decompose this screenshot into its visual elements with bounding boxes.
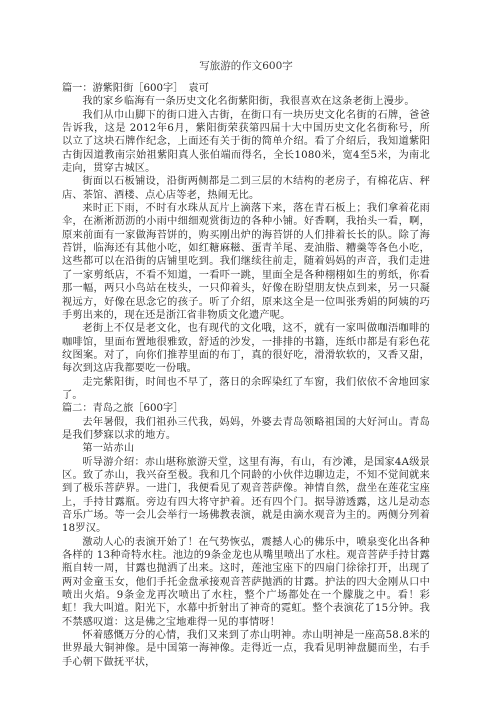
paragraph: 怀着感慨万分的心情，我们又来到了赤山明神。赤山明神是一座高58.8米的世界最大铜… <box>62 629 430 669</box>
paragraph: 来时正下雨，不时有水珠从瓦片上滴落下来，落在青石板上；我们拿着花雨伞，在淅淅沥沥… <box>62 202 430 322</box>
paragraph: 激动人心的表演开始了！在气势恢弘，震撼人心的佛乐中，喷泉变化出各种各样的 13种… <box>62 536 430 629</box>
paragraph: 听导游介绍：赤山堪称旅游天堂，这里有海，有山，有沙滩，是国家4A级景区。致了赤山… <box>62 456 430 536</box>
subheading: 第一站赤山 <box>62 442 430 455</box>
document-page: 写旅游的作文600字 篇一：游紫阳街［600字］ 袁可 我的家乡临海有一条历史文… <box>62 60 430 669</box>
paragraph: 去年暑假，我们祖孙三代我，妈妈，外婆去青岛领略祖国的大好河山。青岛是我们梦寐以求… <box>62 416 430 443</box>
document-title: 写旅游的作文600字 <box>62 60 430 73</box>
section-2-heading: 篇二：青岛之旅［600字］ <box>62 402 430 415</box>
paragraph: 走完紫阳街，时间也不早了，落日的余晖染红了车窗，我们依依不舍地回家了。 <box>62 376 430 403</box>
paragraph: 我的家乡临海有一条历史文化名街紫阳街，我很喜欢在这条老街上漫步。 <box>62 95 430 108</box>
paragraph: 老街上不仅是老文化，也有现代的文化哦，这不，就有一家叫做咖浯咖啡的咖啡馆，里面布… <box>62 322 430 375</box>
paragraph: 我们从巾山脚下的街口进入古街，在街口有一块历史文化名街的石牌，爸爸告诉我，这是 … <box>62 109 430 176</box>
paragraph: 街面以石板铺设，沿街两侧都是二到三层的木结构的老房子，有棉花店、秤店、茶馆、酒楼… <box>62 175 430 202</box>
section-1-heading: 篇一：游紫阳街［600字］ 袁可 <box>62 82 430 95</box>
